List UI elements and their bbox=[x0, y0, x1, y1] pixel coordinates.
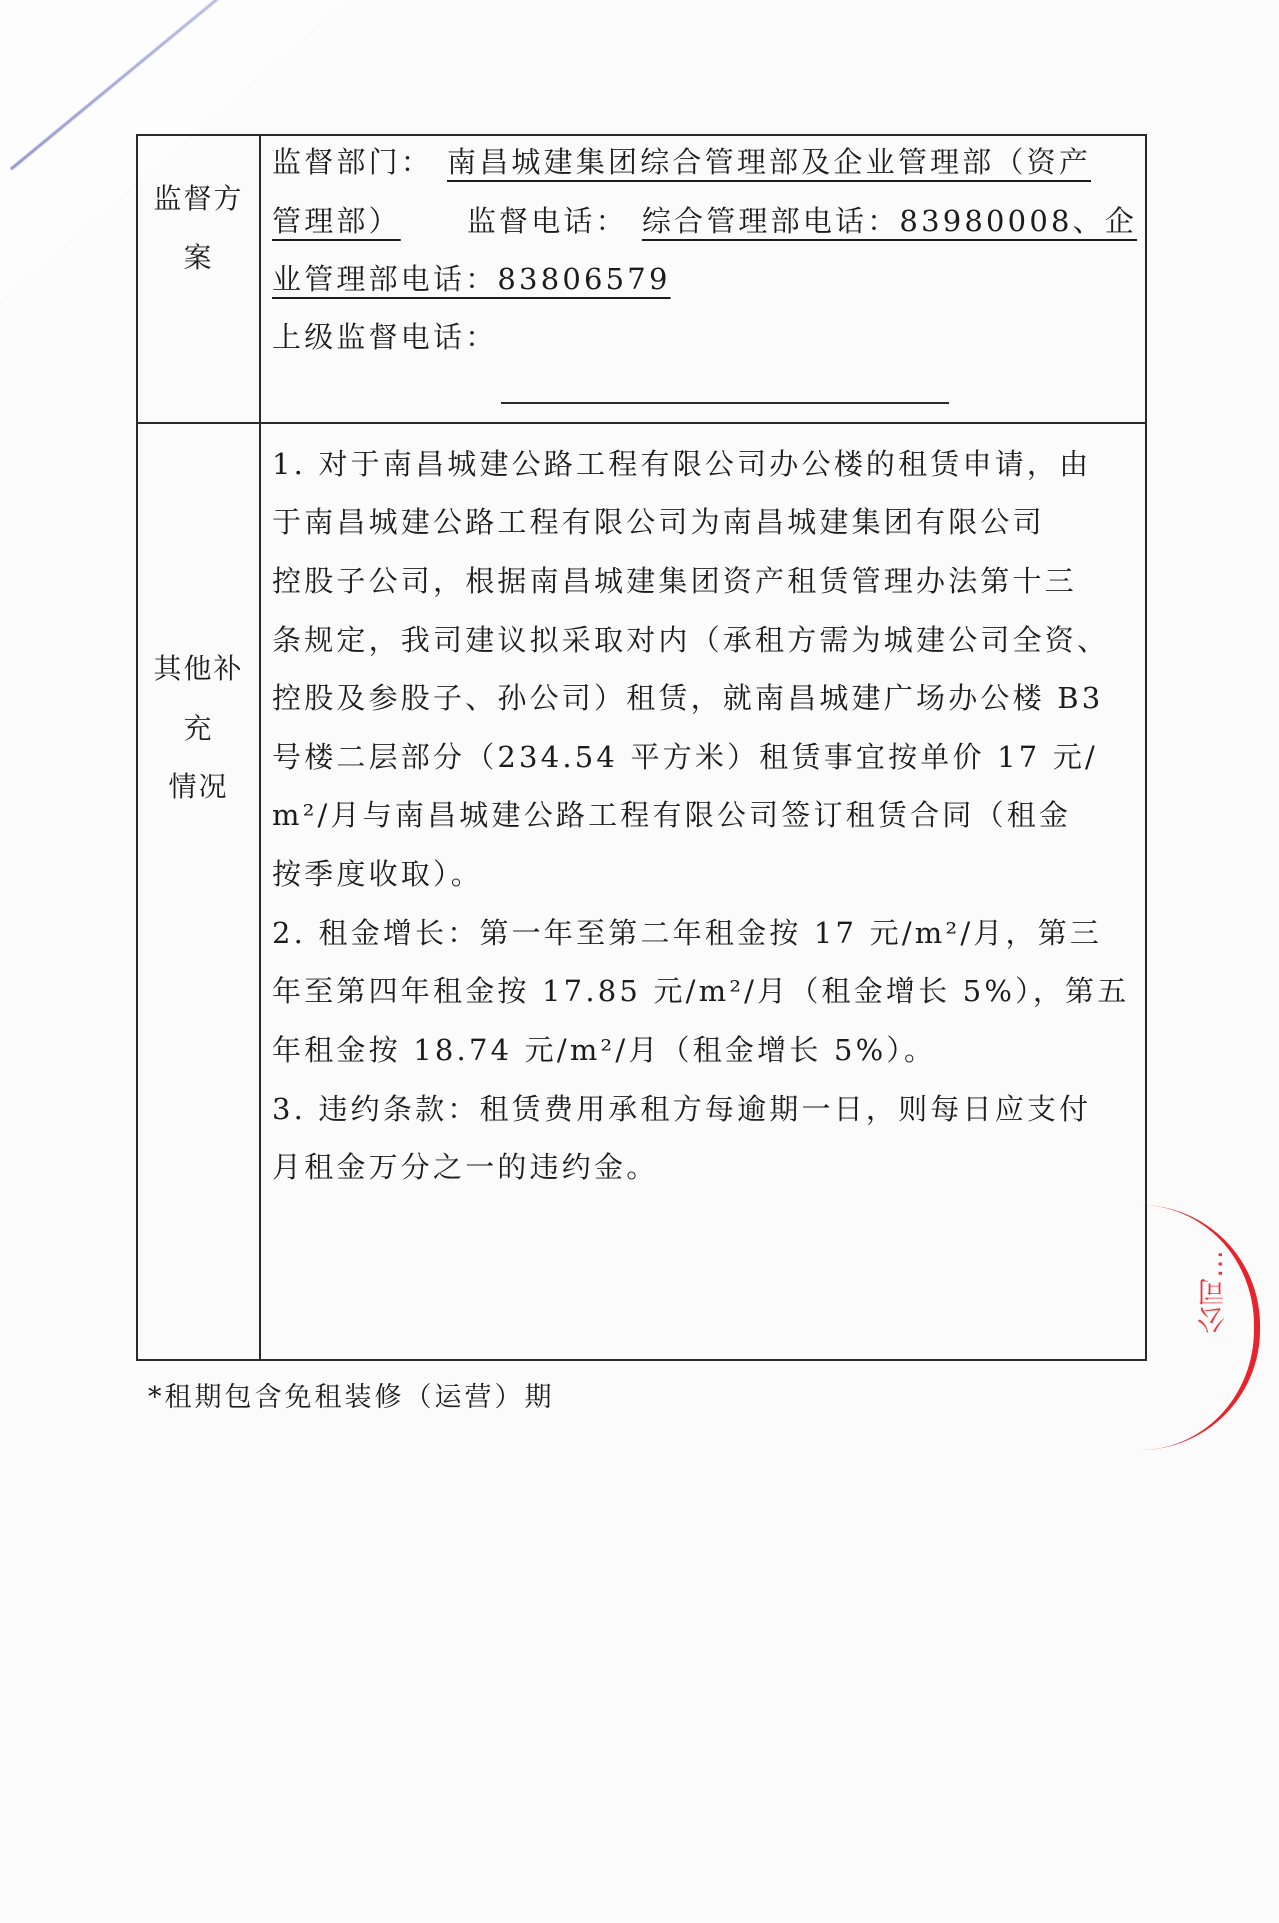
clause-line: 号楼二层部分（234.54 平方米）租赁事宜按单价 17 元/ bbox=[272, 737, 1098, 777]
clause-line: 控股及参股子、孙公司）租赁，就南昌城建广场办公楼 B3 bbox=[272, 678, 1103, 718]
row-label-supervision-plan-2: 案 bbox=[138, 222, 259, 294]
clause-line: 控股子公司，根据南昌城建集团资产租赁管理办法第十三 bbox=[272, 561, 1077, 601]
supervision-phone-label: 监督电话： bbox=[461, 204, 628, 238]
clause-line: m²/月与南昌城建公路工程有限公司签订租赁合同（租金 bbox=[272, 795, 1071, 835]
clause-line: 1. 对于南昌城建公路工程有限公司办公楼的租赁申请，由 bbox=[272, 444, 1091, 484]
clause-line: 条规定，我司建议拟采取对内（承租方需为城建公司全资、 bbox=[272, 620, 1109, 660]
clause-line: 于南昌城建公路工程有限公司为南昌城建集团有限公司 bbox=[272, 502, 1045, 542]
footnote: *租期包含免租装修（运营）期 bbox=[148, 1375, 555, 1414]
clause-line: 月租金万分之一的违约金。 bbox=[272, 1147, 658, 1187]
row-label-other-3: 情况 bbox=[138, 751, 259, 823]
column-divider bbox=[259, 136, 261, 1359]
supervision-dept-value: 南昌城建集团综合管理部及企业管理部（资产 bbox=[433, 145, 1091, 179]
supervision-table: 监督方 案 监督部门：南昌城建集团综合管理部及企业管理部（资产 管理部）监督电话… bbox=[136, 134, 1147, 1361]
clause-line: 按季度收取）。 bbox=[272, 854, 483, 894]
clause-line: 年租金按 18.74 元/m²/月（租金增长 5%）。 bbox=[272, 1030, 936, 1070]
clause-line: 2. 租金增长：第一年至第二年租金按 17 元/m²/月，第三 bbox=[272, 913, 1102, 953]
superior-phone-blank bbox=[501, 402, 949, 404]
clause-line: 3. 违约条款：租赁费用承租方每逾期一日，则每日应支付 bbox=[272, 1089, 1091, 1129]
red-seal-stamp bbox=[1110, 1205, 1260, 1450]
red-seal-stamp-text: 公司… bbox=[1195, 1250, 1235, 1334]
supervision-phone-value-cont: 业管理部电话：83806579 bbox=[272, 262, 707, 296]
supervision-phone-value: 综合管理部电话：83980008、企 bbox=[628, 204, 1137, 238]
supervision-dept-value-cont: 管理部） bbox=[272, 204, 461, 238]
supervision-dept-label: 监督部门： bbox=[272, 145, 433, 179]
superior-phone-label: 上级监督电话： bbox=[272, 320, 497, 354]
superior-phone-line: 上级监督电话： bbox=[272, 301, 497, 373]
row-divider bbox=[138, 422, 1145, 424]
clause-line: 年至第四年租金按 17.85 元/m²/月（租金增长 5%），第五 bbox=[272, 971, 1129, 1011]
